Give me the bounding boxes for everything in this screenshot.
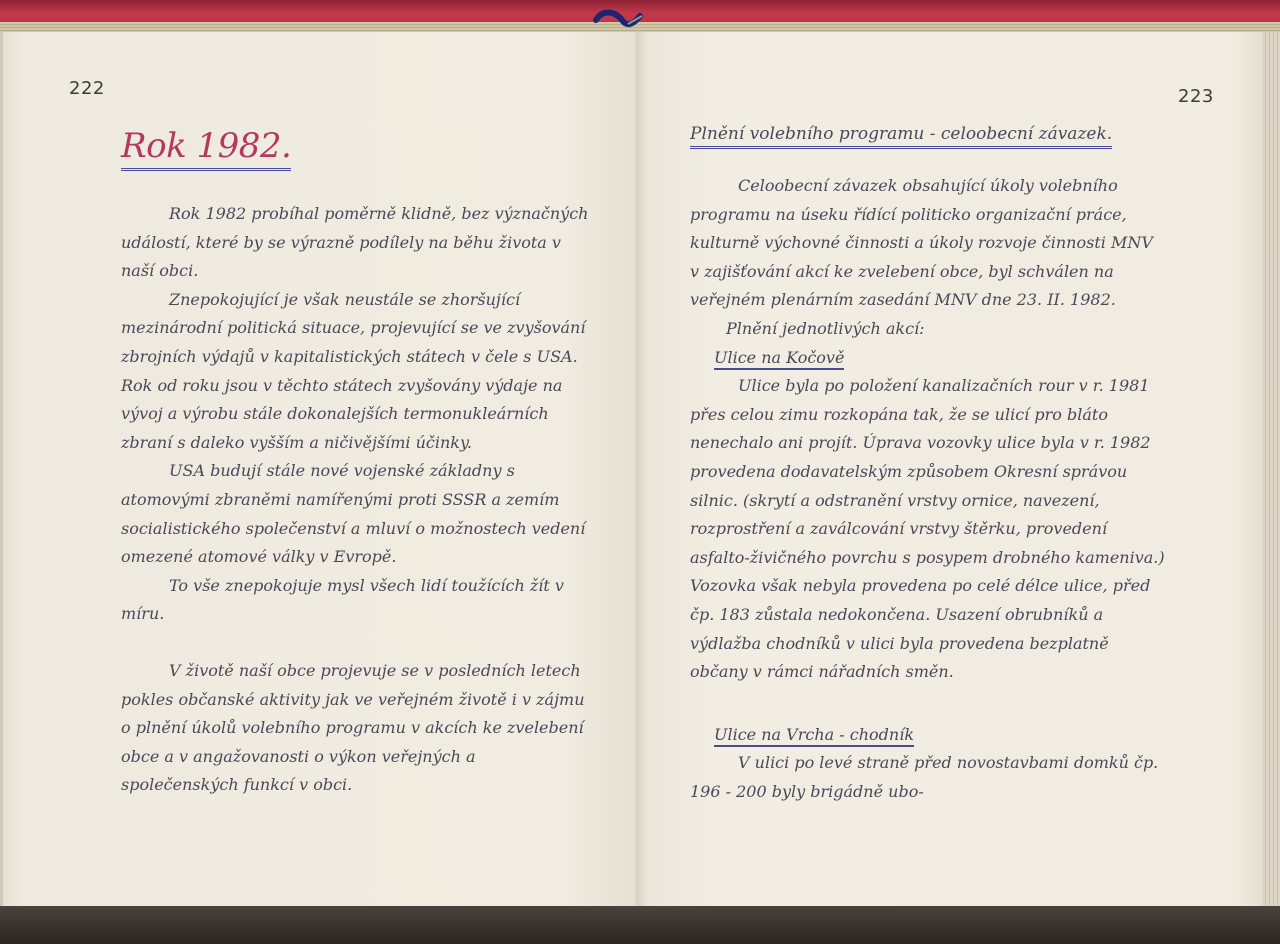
section-text: Ulice byla po položení kanalizačních rou… bbox=[690, 372, 1166, 687]
right-page-body: Celoobecní závazek obsahující úkoly vole… bbox=[690, 172, 1166, 806]
paragraph: To vše znepokojuje mysl všech lidí touží… bbox=[121, 572, 591, 629]
paragraph: Rok 1982 probíhal poměrně klidně, bez vý… bbox=[121, 200, 591, 286]
paragraph: Znepokojující je však neustále se zhoršu… bbox=[121, 286, 591, 458]
paragraph: USA budují stále nové vojenské základny … bbox=[121, 457, 591, 571]
section-heading: Ulice na Vrcha - chodník bbox=[690, 721, 1166, 750]
right-page: 223 Plnění volebního programu - celoobec… bbox=[636, 32, 1266, 908]
page-title-left: Rok 1982. bbox=[121, 126, 291, 166]
desk-background bbox=[0, 906, 1280, 944]
intro-paragraph: Celoobecní závazek obsahující úkoly vole… bbox=[690, 172, 1166, 315]
page-title-right: Plnění volebního programu - celoobecní z… bbox=[690, 124, 1112, 144]
actions-heading: Plnění jednotlivých akcí: bbox=[690, 315, 1166, 344]
left-page-body: Rok 1982 probíhal poměrně klidně, bez vý… bbox=[121, 200, 591, 800]
page-number-right: 223 bbox=[1178, 86, 1214, 107]
paragraph: V životě naší obce projevuje se v posled… bbox=[121, 657, 591, 800]
section-heading: Ulice na Kočově bbox=[690, 344, 1166, 373]
page-edges-right bbox=[1262, 32, 1280, 908]
page-number-left: 222 bbox=[69, 78, 105, 99]
left-page: 222 Rok 1982. Rok 1982 probíhal poměrně … bbox=[0, 32, 639, 908]
section-text: V ulici po levé straně před novostavbami… bbox=[690, 749, 1166, 806]
ribbon-bookmark-icon bbox=[592, 6, 648, 30]
